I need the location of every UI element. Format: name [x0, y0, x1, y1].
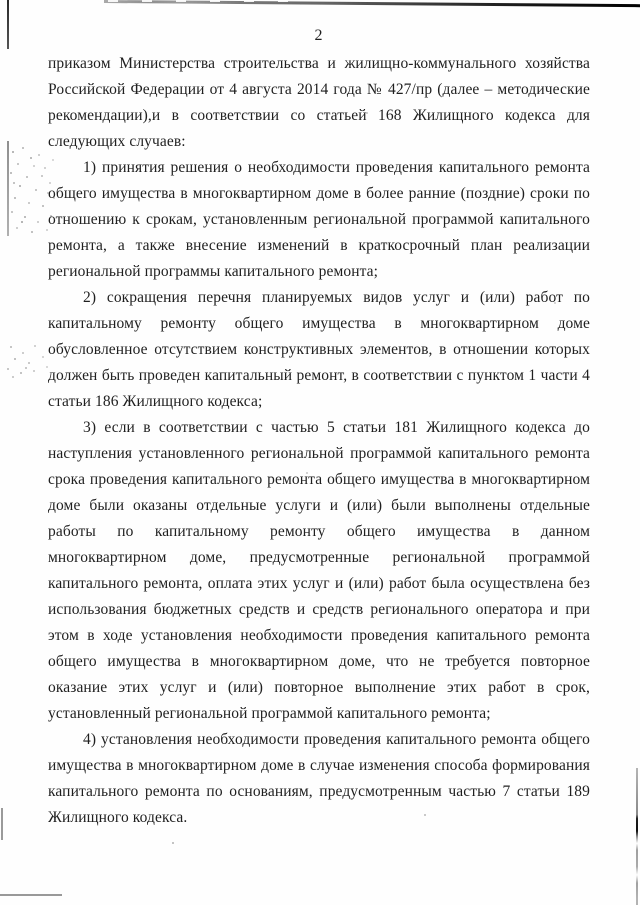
page-number: 2 [48, 27, 590, 45]
document-body: приказом Министерства строительства и жи… [48, 51, 590, 831]
scanned-document-page: 2 приказом Министерства строительства и … [0, 0, 640, 905]
scan-noise-scatter [84, 2, 86, 4]
scan-noise-cluster [8, 145, 10, 147]
list-item-3: 3) если в соответствии с частью 5 статьи… [48, 415, 590, 727]
scan-artifact-left-edge-gray [7, 141, 9, 236]
list-item-1: 1) принятия решения о необходимости пров… [48, 155, 590, 285]
scan-artifact-right-edge-line [636, 768, 638, 905]
list-item-4: 4) установления необходимости проведения… [48, 727, 590, 831]
intro-paragraph: приказом Министерства строительства и жи… [48, 51, 590, 155]
list-item-2: 2) сокращения перечня планируемых видов … [48, 285, 590, 415]
scan-noise-cluster [4, 342, 6, 344]
scan-artifact-left-edge-dark [7, 0, 9, 49]
scan-artifact-left-bottom-tick [1, 808, 3, 840]
scan-artifact-top-edge [104, 0, 640, 7]
scan-artifact-bottom-left-line [0, 894, 62, 896]
scan-artifact-top-edge-dashes [108, 0, 288, 2]
